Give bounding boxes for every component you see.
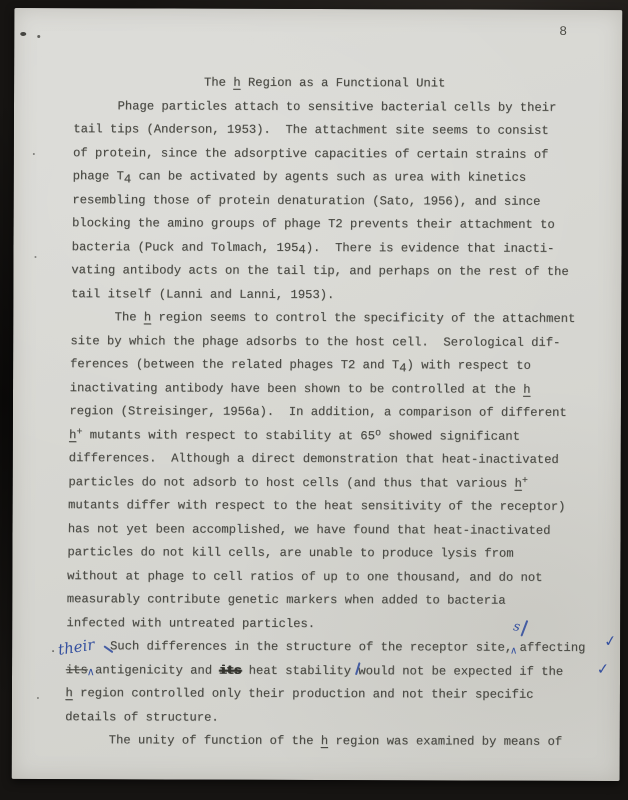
typed-line: h+ mutants with respect to stability at … [69,424,628,449]
typewritten-text-block: The h Region as a Functional Unit Phage … [65,71,628,754]
typed-line: measurably contribute genetic markers wh… [67,588,627,613]
paper-speck [33,153,35,155]
typed-line: Such differences in the structure of the… [66,635,626,660]
paragraph-4: The unity of function of the h region wa… [65,729,625,754]
typed-line: its antigenicity and its heat stability … [66,659,626,684]
paper-speck [34,256,36,258]
typed-line: Phage particles attach to sensitive bact… [73,95,628,120]
typed-line: phage T4 can be activated by agents such… [72,165,628,190]
typed-line: differences. Although a direct demonstra… [69,447,628,472]
typed-line: tail tips (Anderson, 1953). The attachme… [73,118,628,143]
proofreader-caret-their: ∧ [87,666,95,677]
typed-line: without at phage to cell ratios of up to… [67,565,627,590]
paper-speck [52,650,54,652]
typed-line: tail itself (Lanni and Lanni, 1953). [71,283,628,308]
typed-line: inactivating antibody have been shown to… [70,377,628,402]
typed-line: h region controlled only their productio… [65,682,625,707]
typed-line: blocking the amino groups of phage T2 pr… [72,212,628,237]
paragraph-3: Such differences in the structure of the… [65,635,626,731]
margin-checkmark-1: ✓ [603,633,617,650]
proofreader-caret-s: ∧ [510,647,517,657]
typed-line: resembling those of protein denaturation… [72,189,628,214]
section-title: The h Region as a Functional Unit [74,71,628,96]
typed-line: ferences (between the related phages T2 … [70,353,628,378]
typed-line: bacteria (Puck and Tolmach, 1954). There… [72,236,628,261]
typed-line: particles do not kill cells, are unable … [67,541,627,566]
typed-line: site by which the phage adsorbs to the h… [70,330,628,355]
paper-speck [37,35,40,38]
typed-line: region (Streisinger, 1956a). In addition… [69,400,628,425]
typed-line: The unity of function of the h region wa… [65,729,625,754]
typed-line: mutants differ with respect to the heat … [68,494,628,519]
typed-line: particles do not adsorb to host cells (a… [68,471,628,496]
typed-line: of protein, since the adsorptive capacit… [73,142,628,167]
manuscript-page: 8 The h Region as a Functional Unit Phag… [12,8,623,781]
paragraph-2: The h region seems to control the specif… [66,306,628,637]
page-number: 8 [559,24,567,39]
typed-line: The h region seems to control the specif… [71,306,628,331]
paragraph-1: Phage particles attach to sensitive bact… [71,95,628,308]
paper-speck [20,32,26,36]
typed-line: has not yet been accomplished, we have f… [68,518,628,543]
typed-line: infected with untreated particles. [66,612,626,637]
typed-line: details of structure. [65,706,625,731]
typed-line: vating antibody acts on the tail tip, an… [71,259,628,284]
margin-checkmark-2: ✓ [596,662,609,678]
paper-speck [37,697,39,699]
